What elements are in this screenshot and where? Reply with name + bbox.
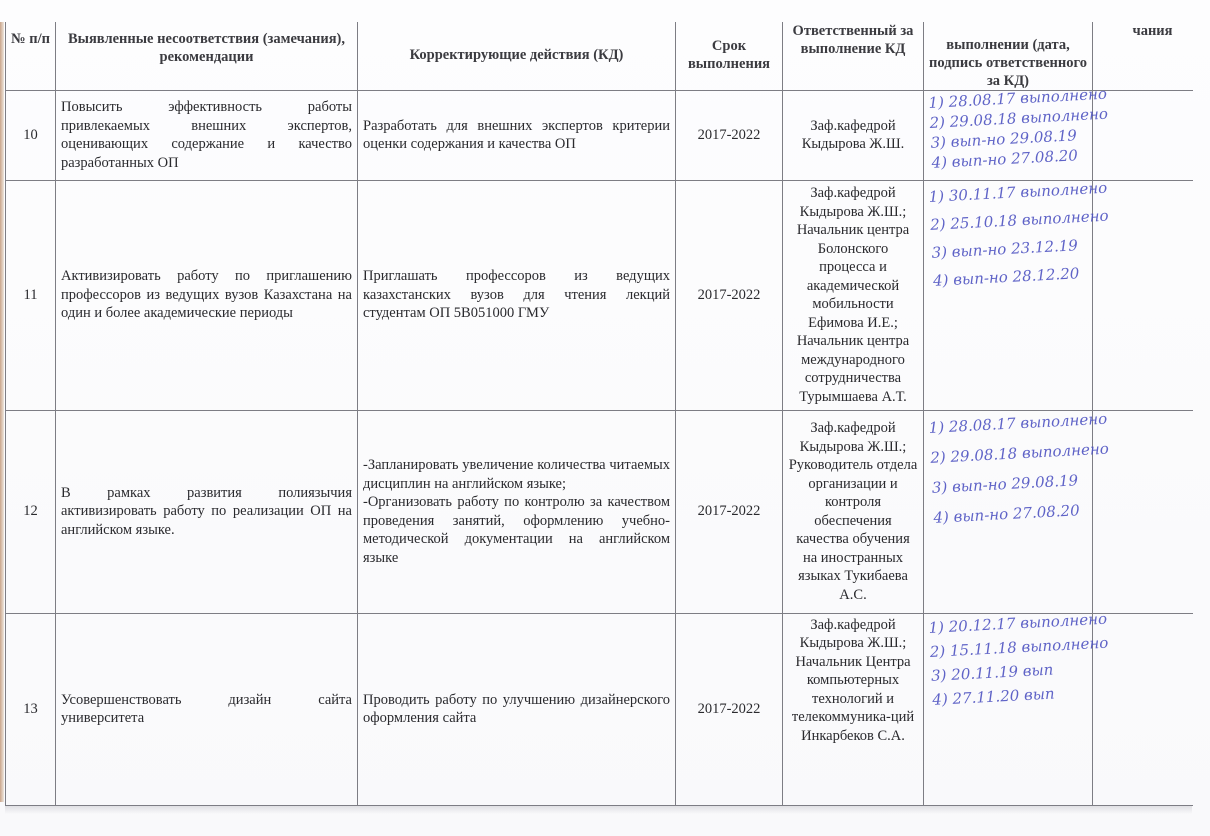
header-findings: Выявленные несоответствия (замечания), р…	[56, 22, 358, 90]
row-action: -Запланировать увеличение количества чит…	[358, 410, 676, 613]
row-finding: В рамках развития полиязычия активизиров…	[56, 410, 358, 613]
corrective-actions-table: № п/п Выявленные несоответствия (замечан…	[5, 22, 1193, 806]
row-responsible: Заф.кафедрой Кыдырова Ж.Ш.; Руководитель…	[783, 410, 924, 613]
header-completion: выполнении (дата, подпись ответственного…	[924, 22, 1093, 90]
row-completion: 1) 28.08.17 выполнено 2) 29.08.18 выполн…	[924, 410, 1093, 613]
row-number: 13	[6, 613, 56, 805]
table-row: 10 Повысить эффективность работы привлек…	[6, 90, 1193, 180]
row-responsible: Заф.кафедрой Кыдырова Ж.Ш.	[783, 90, 924, 180]
scanned-document-page: № п/п Выявленные несоответствия (замечан…	[0, 0, 1210, 836]
row-responsible: Заф.кафедрой Кыдырова Ж.Ш.; Начальник Це…	[783, 613, 924, 805]
header-responsible: Ответственный за выполнение КД	[783, 22, 924, 90]
row-number: 11	[6, 180, 56, 410]
row-finding: Усовершенствовать дизайн сайта университ…	[56, 613, 358, 805]
table-row: 11 Активизировать работу по приглашению …	[6, 180, 1193, 410]
row-completion: 1) 30.11.17 выполнено 2) 25.10.18 выполн…	[924, 180, 1093, 410]
row-action: Приглашать профессоров из ведущих казахс…	[358, 180, 676, 410]
row-number: 10	[6, 90, 56, 180]
row-deadline: 2017-2022	[676, 90, 783, 180]
row-finding: Активизировать работу по приглашению про…	[56, 180, 358, 410]
page-bottom-edge	[5, 806, 1192, 814]
table-row: 12 В рамках развития полиязычия активизи…	[6, 410, 1193, 613]
row-deadline: 2017-2022	[676, 410, 783, 613]
row-finding: Повысить эффективность работы привлекаем…	[56, 90, 358, 180]
header-number: № п/п	[6, 22, 56, 90]
row-responsible: Заф.кафедрой Кыдырова Ж.Ш.; Начальник це…	[783, 180, 924, 410]
table-row: 13 Усовершенствовать дизайн сайта универ…	[6, 613, 1193, 805]
row-number: 12	[6, 410, 56, 613]
handwritten-completion-notes: 1) 28.08.17 выполнено 2) 29.08.18 выполн…	[928, 79, 1186, 172]
header-actions: Корректирующие действия (КД)	[358, 22, 676, 90]
handwritten-completion-notes: 1) 30.11.17 выполнено 2) 25.10.18 выполн…	[928, 169, 1188, 294]
row-deadline: 2017-2022	[676, 180, 783, 410]
row-deadline: 2017-2022	[676, 613, 783, 805]
header-deadline: Срок выполнения	[676, 22, 783, 90]
row-action: Проводить работу по улучшению дизайнерск…	[358, 613, 676, 805]
handwritten-completion-notes: 1) 20.12.17 выполнено 2) 15.11.18 выполн…	[928, 602, 1187, 711]
row-completion: 1) 20.12.17 выполнено 2) 15.11.18 выполн…	[924, 613, 1093, 805]
page-edge-shadow	[0, 22, 4, 802]
table-header-row: № п/п Выявленные несоответствия (замечан…	[6, 22, 1193, 90]
row-action: Разработать для внешних экспертов критер…	[358, 90, 676, 180]
handwritten-completion-notes: 1) 28.08.17 выполнено 2) 29.08.18 выполн…	[928, 399, 1188, 532]
row-completion: 1) 28.08.17 выполнено 2) 29.08.18 выполн…	[924, 90, 1093, 180]
